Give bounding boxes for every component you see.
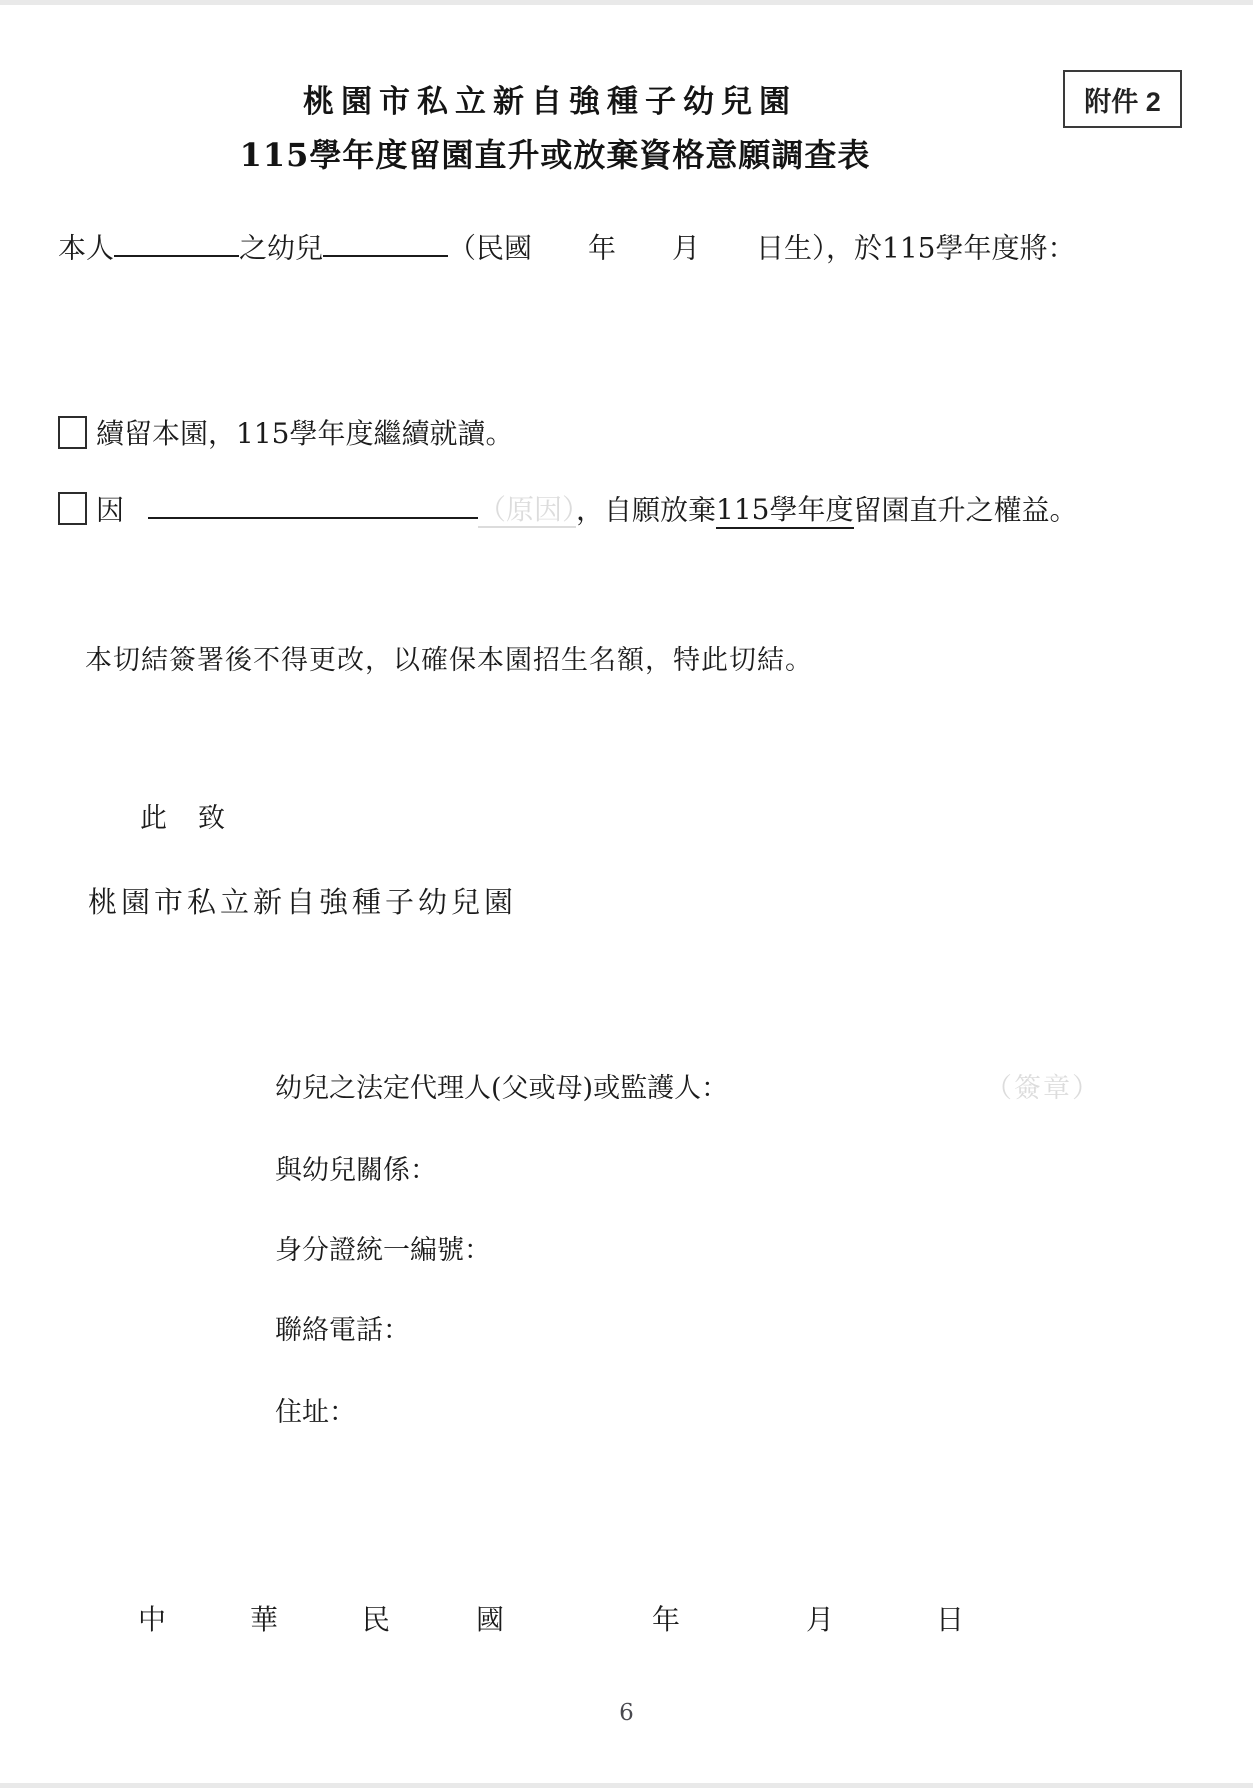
date-line: 中 華 民 國 年 月 日 — [0, 1598, 1253, 1638]
page-number: 6 — [0, 1700, 1253, 1726]
page-subtitle: 115學年度留園直升或放棄資格意願調查表 — [0, 130, 1110, 176]
date-char-guo: 國 — [476, 1598, 504, 1638]
waive-year-underlined: 115學年度 — [716, 493, 853, 529]
reason-blank[interactable] — [148, 488, 478, 519]
child-name-blank[interactable] — [323, 226, 448, 257]
intro-child-label: 之幼兒 — [239, 231, 323, 264]
date-char-hua: 華 — [250, 1598, 278, 1638]
stay-option-label: 續留本園，115學年度繼續就讀。 — [96, 417, 513, 450]
waive-checkbox[interactable] — [58, 492, 87, 525]
waive-mid-label: ，自願放棄 — [576, 493, 716, 526]
legal-rep-label: 幼兒之法定代理人(父或母)或監護人： — [275, 1073, 728, 1104]
signature-address-row: 住址： — [275, 1390, 356, 1429]
signature-phone-row: 聯絡電話： — [275, 1308, 410, 1347]
signature-id-row: 身分證統一編號： — [275, 1228, 491, 1267]
signature-relation-row: 與幼兒關係： — [275, 1148, 437, 1187]
scan-edge-top — [0, 0, 1253, 5]
intro-line: 本人之幼兒（民國 年 月 日生），於115學年度將： — [58, 226, 1075, 266]
date-char-day: 日 — [936, 1598, 964, 1638]
waive-pre-label: 因 — [96, 493, 124, 526]
option-waive: 因（原因），自願放棄115學年度留園直升之權益。 — [58, 488, 1078, 528]
page-title: 桃園市私立新自強種子幼兒園 — [0, 76, 1100, 121]
document-page: 附件 2 桃園市私立新自強種子幼兒園 115學年度留園直升或放棄資格意願調查表 … — [0, 0, 1253, 1788]
intro-name-label: 本人 — [58, 231, 114, 264]
stay-checkbox[interactable] — [58, 416, 87, 449]
school-name: 桃園市私立新自強種子幼兒園 — [88, 880, 517, 921]
parent-name-blank[interactable] — [114, 226, 239, 257]
seal-placeholder: （簽章） — [985, 1066, 1101, 1105]
date-char-zhong: 中 — [138, 1598, 166, 1638]
date-char-year: 年 — [652, 1598, 680, 1638]
reason-placeholder: （原因） — [478, 493, 576, 528]
date-char-min: 民 — [362, 1598, 390, 1638]
salute-text: 此 致 — [140, 796, 227, 835]
signature-legal-rep-row: 幼兒之法定代理人(父或母)或監護人： （簽章） — [275, 1066, 1195, 1105]
option-stay: 續留本園，115學年度繼續就讀。 — [58, 412, 513, 452]
date-char-month: 月 — [806, 1598, 834, 1638]
scan-edge-bottom — [0, 1783, 1253, 1788]
waive-post-label: 留園直升之權益。 — [854, 493, 1078, 526]
intro-birth-suffix: （民國 年 月 日生），於115學年度將： — [448, 231, 1075, 264]
pledge-text: 本切結簽署後不得更改，以確保本園招生名額，特此切結。 — [85, 638, 813, 677]
